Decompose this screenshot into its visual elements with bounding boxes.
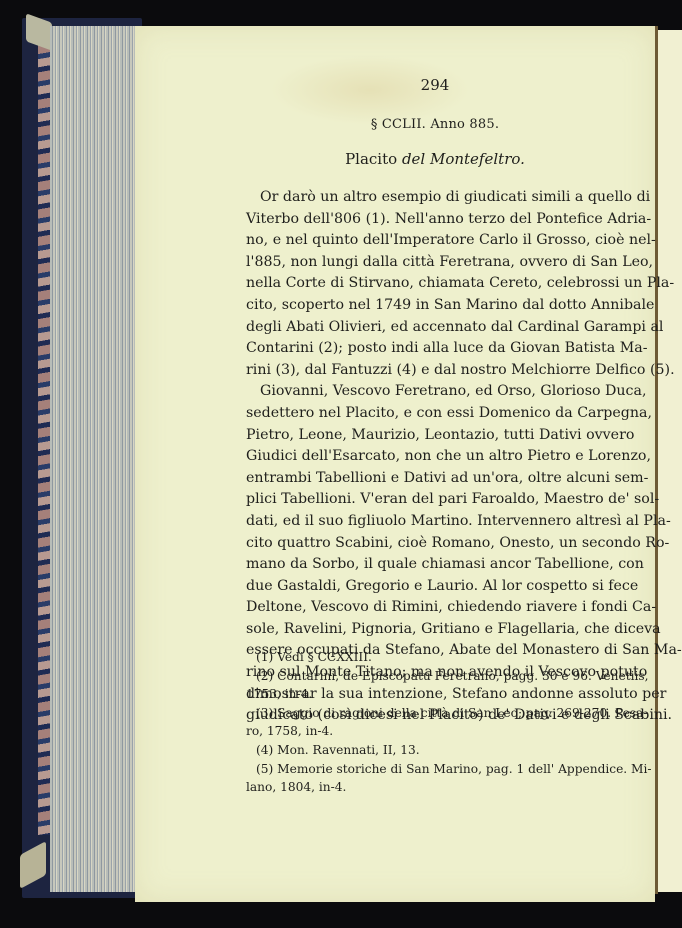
facing-page-edge xyxy=(658,30,682,892)
text-line: cito, scoperto nel 1749 in San Marino da… xyxy=(246,295,624,317)
text-line: Contarini (2); posto indi alla luce da G… xyxy=(246,338,624,360)
footnote-line: 1753, in-4. xyxy=(246,685,624,704)
footnote-line: (3) Saggio di ragioni della città di San… xyxy=(246,704,624,723)
footnote-line: (5) Memorie storiche di San Marino, pag.… xyxy=(246,760,624,779)
page-edges xyxy=(50,26,136,892)
text-line: Giudici dell'Esarcato, non che un altro … xyxy=(246,446,624,468)
text-line: dati, ed il suo figliuolo Martino. Inter… xyxy=(246,511,624,533)
text-line: nella Corte di Stirvano, chiamata Cereto… xyxy=(246,273,624,295)
page-number: 294 xyxy=(246,76,624,94)
footnote-line: (4) Mon. Ravennati, II, 13. xyxy=(246,741,624,760)
text-line: Giovanni, Vescovo Feretrano, ed Orso, Gl… xyxy=(246,381,624,403)
footnote-line: ro, 1758, in-4. xyxy=(246,722,624,741)
text-line: sedettero nel Placito, e con essi Domeni… xyxy=(246,403,624,425)
text-line: l'885, non lungi dalla città Feretrana, … xyxy=(246,252,624,274)
text-line: rini (3), dal Fantuzzi (4) e dal nostro … xyxy=(246,360,624,382)
footnote-line: lano, 1804, in-4. xyxy=(246,778,624,797)
text-line: no, e nel quinto dell'Imperatore Carlo i… xyxy=(246,230,624,252)
text-line: Viterbo dell'806 (1). Nell'anno terzo de… xyxy=(246,209,624,231)
text-line: Deltone, Vescovo di Rimini, chiedendo ri… xyxy=(246,597,624,619)
title-italic: del Montefeltro. xyxy=(402,150,525,168)
body-text: Or darò un altro esempio di giudicati si… xyxy=(246,187,624,727)
text-line: sole, Ravelini, Pignoria, Gritiano e Fla… xyxy=(246,619,624,641)
footnote-line: (2) Contarini, de Episcopatu Feretrano, … xyxy=(246,667,624,686)
text-line: Or darò un altro esempio di giudicati si… xyxy=(246,187,624,209)
footnotes: (1) Vedi § CCXXIII. (2) Contarini, de Ep… xyxy=(246,648,624,797)
text-line: due Gastaldi, Gregorio e Laurio. Al lor … xyxy=(246,576,624,598)
text-line: degli Abati Olivieri, ed accennato dal C… xyxy=(246,317,624,339)
text-line: entrambi Tabellioni e Dativi ad un'ora, … xyxy=(246,468,624,490)
footnote-line: (1) Vedi § CCXXIII. xyxy=(246,648,624,667)
text-line: Pietro, Leone, Maurizio, Leontazio, tutt… xyxy=(246,425,624,447)
text-line: plici Tabellioni. V'eran del pari Faroal… xyxy=(246,489,624,511)
page-title: Placito del Montefeltro. xyxy=(246,150,624,168)
text-line: mano da Sorbo, il quale chiamasi ancor T… xyxy=(246,554,624,576)
section-heading: § CCLII. Anno 885. xyxy=(246,117,624,132)
title-roman: Placito xyxy=(345,150,402,168)
text-line: cito quattro Scabini, cioè Romano, Onest… xyxy=(246,533,624,555)
